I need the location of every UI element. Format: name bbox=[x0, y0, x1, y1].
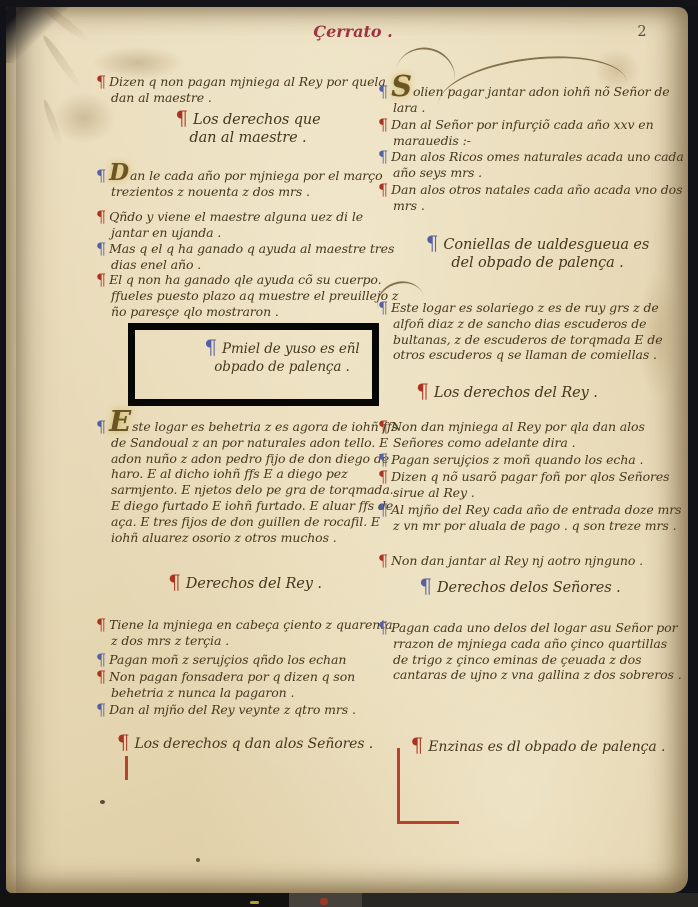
illuminated-initial: E bbox=[109, 404, 131, 438]
scan-bottom-red-mark bbox=[320, 898, 328, 905]
manuscript-paragraph: ¶Dan al Señor por infurçiõ cada año xxv … bbox=[378, 117, 685, 149]
manuscript-paragraph: ¶Este logar es behetria z es agora de io… bbox=[96, 419, 401, 545]
manuscript-paragraph: ¶Non pagan fonsadera por q dizen q son b… bbox=[96, 669, 397, 701]
pilcrow-icon: ¶ bbox=[378, 180, 388, 199]
pilcrow-icon: ¶ bbox=[378, 82, 388, 101]
pilcrow-icon: ¶ bbox=[378, 298, 388, 317]
pilcrow-icon: ¶ bbox=[96, 700, 106, 719]
heading-text: Coniellas de ualdesgueua es del obpado d… bbox=[443, 237, 649, 271]
manuscript-paragraph: ¶Solien pagar jantar adon iohñ nõ Señor … bbox=[378, 84, 685, 116]
paragraph-text: Pagan cada uno delos del logar asu Señor… bbox=[391, 620, 682, 682]
pilcrow-icon: ¶ bbox=[378, 551, 388, 570]
pilcrow-icon: ¶ bbox=[96, 615, 106, 634]
manuscript-scan: Çerrato . 2 ¶Dizen q non pagan mjniega a… bbox=[0, 0, 698, 907]
pilcrow-icon: ¶ bbox=[168, 570, 181, 594]
paragraph-text: Este logar es solariego z es de ruy grs … bbox=[391, 300, 662, 362]
manuscript-paragraph: ¶Dizen q nõ usarõ pagar foñ por qlos Señ… bbox=[378, 469, 685, 501]
heading-text: Enzinas es dl obpado de palença . bbox=[428, 739, 665, 755]
pilcrow-icon: ¶ bbox=[96, 166, 106, 185]
paragraph-text: El q non ha ganado qle ayuda cõ su cuerp… bbox=[109, 272, 398, 319]
pilcrow-icon: ¶ bbox=[416, 379, 429, 403]
paragraph-text: olien pagar jantar adon iohñ nõ Señor de… bbox=[393, 84, 670, 115]
pilcrow-icon: ¶ bbox=[96, 270, 106, 289]
pilcrow-icon: ¶ bbox=[96, 207, 106, 226]
paragraph-text: Dan alos Ricos omes naturales acada uno … bbox=[391, 149, 684, 180]
heading-text: Los derechos que dan al maestre . bbox=[189, 112, 320, 146]
manuscript-paragraph: ¶Pagan cada uno delos del logar asu Seño… bbox=[378, 620, 685, 683]
illuminated-initial: S bbox=[391, 69, 412, 103]
paragraph-text: Dan al Señor por infurçiõ cada año xxv e… bbox=[391, 117, 653, 148]
paragraph-text: Dan al mjño del Rey veynte z qtro mrs . bbox=[109, 702, 356, 717]
paragraph-text: Qñdo y viene el maestre alguna uez di le… bbox=[109, 209, 363, 240]
manuscript-paragraph: ¶Pagan moñ z serujçios qñdo los echan bbox=[96, 652, 397, 668]
manuscript-paragraph: ¶Dan alos Ricos omes naturales acada uno… bbox=[378, 149, 685, 181]
paragraph-text: Dizen q nõ usarõ pagar foñ por qlos Seño… bbox=[391, 469, 669, 500]
paragraph-text: an le cada año por mjniega por el março … bbox=[111, 168, 383, 199]
paragraph-text: ste logar es behetria z es agora de iohñ… bbox=[111, 419, 398, 545]
folio-number: 2 bbox=[630, 24, 654, 40]
heading-text: Derechos del Rey . bbox=[186, 576, 322, 592]
manuscript-paragraph: ¶Mas q el q ha ganado q ayuda al maestre… bbox=[96, 241, 397, 273]
paragraph-text: Non dan jantar al Rey nj aotro njnguno . bbox=[391, 553, 643, 568]
pilcrow-icon: ¶ bbox=[175, 106, 188, 130]
manuscript-paragraph: ¶Este logar es solariego z es de ruy grs… bbox=[378, 300, 689, 363]
paragraph-text: Dizen q non pagan mjniega al Rey por que… bbox=[109, 74, 386, 105]
paragraph-text: Pagan serujçios z moñ quando los echa . bbox=[391, 452, 643, 467]
manuscript-paragraph: ¶Dan al mjño del Rey veynte z qtro mrs . bbox=[96, 702, 397, 718]
pilcrow-icon: ¶ bbox=[378, 147, 388, 166]
pilcrow-icon: ¶ bbox=[378, 417, 388, 436]
manuscript-paragraph: ¶Tiene la mjniega en cabeça çiento z qua… bbox=[96, 617, 397, 649]
paragraph-text: Tiene la mjniega en cabeça çiento z quar… bbox=[109, 617, 392, 648]
scan-bottom-yellow-mark bbox=[250, 901, 259, 904]
paragraph-text: Dan alos otros natales cada año acada vn… bbox=[391, 182, 682, 213]
pilcrow-icon: ¶ bbox=[96, 239, 106, 258]
manuscript-paragraph: ¶El q non ha ganado qle ayuda cõ su cuer… bbox=[96, 272, 399, 319]
section-heading: ¶Los derechos q dan alos Señores . bbox=[110, 736, 380, 754]
section-heading: ¶Coniellas de ualdesgueua es del obpado … bbox=[420, 237, 655, 272]
pilcrow-icon: ¶ bbox=[96, 667, 106, 686]
manuscript-paragraph: ¶Pagan serujçios z moñ quando los echa . bbox=[378, 452, 685, 468]
section-heading: ¶Los derechos del Rey . bbox=[412, 385, 602, 403]
section-heading: ¶Enzinas es dl obpado de palença . bbox=[408, 739, 668, 757]
manuscript-paragraph: ¶Dan alos otros natales cada año acada v… bbox=[378, 182, 685, 214]
pilcrow-icon: ¶ bbox=[378, 500, 388, 519]
scan-bottom-bar-segment bbox=[362, 893, 698, 907]
paragraph-text: Mas q el q ha ganado q ayuda al maestre … bbox=[109, 241, 394, 272]
pilcrow-icon: ¶ bbox=[378, 115, 388, 134]
pilcrow-icon: ¶ bbox=[426, 231, 439, 255]
manuscript-paragraph: ¶Non dan mjniega al Rey por qla dan alos… bbox=[378, 419, 685, 451]
pilcrow-icon: ¶ bbox=[96, 417, 106, 436]
heading-text: Los derechos del Rey . bbox=[434, 385, 598, 401]
section-heading: ¶Derechos del Rey . bbox=[150, 576, 340, 594]
pilcrow-icon: ¶ bbox=[117, 730, 130, 754]
manuscript-paragraph: ¶Qñdo y viene el maestre alguna uez di l… bbox=[96, 209, 397, 241]
paragraph-text: Pagan moñ z serujçios qñdo los echan bbox=[109, 652, 346, 667]
pilcrow-icon: ¶ bbox=[378, 618, 388, 637]
section-heading: ¶Los derechos que dan al maestre . bbox=[168, 112, 328, 147]
heading-text: Derechos delos Señores . bbox=[437, 580, 621, 596]
paragraph-text: Non pagan fonsadera por q dizen q son be… bbox=[109, 669, 355, 700]
manuscript-paragraph: ¶Dan le cada año por mjniega por el març… bbox=[96, 168, 397, 200]
heading-text: Los derechos q dan alos Señores . bbox=[134, 736, 373, 752]
pilcrow-icon: ¶ bbox=[411, 733, 424, 757]
annotation-rectangle bbox=[128, 323, 379, 406]
pilcrow-icon: ¶ bbox=[96, 72, 106, 91]
section-heading: ¶Derechos delos Señores . bbox=[410, 580, 630, 598]
manuscript-paragraph: ¶Non dan jantar al Rey nj aotro njnguno … bbox=[378, 553, 685, 569]
pilcrow-icon: ¶ bbox=[378, 467, 388, 486]
pilcrow-icon: ¶ bbox=[419, 574, 432, 598]
paragraph-text: Al mjño del Rey cada año de entrada doze… bbox=[391, 502, 681, 533]
illuminated-initial: D bbox=[109, 159, 129, 186]
scan-top-edge bbox=[0, 0, 698, 7]
manuscript-paragraph: ¶Dizen q non pagan mjniega al Rey por qu… bbox=[96, 74, 397, 106]
paragraph-text: Non dan mjniega al Rey por qla dan alos … bbox=[391, 419, 645, 450]
page-header-title: Çerrato . bbox=[278, 22, 428, 41]
manuscript-paragraph: ¶Al mjño del Rey cada año de entrada doz… bbox=[378, 502, 685, 534]
